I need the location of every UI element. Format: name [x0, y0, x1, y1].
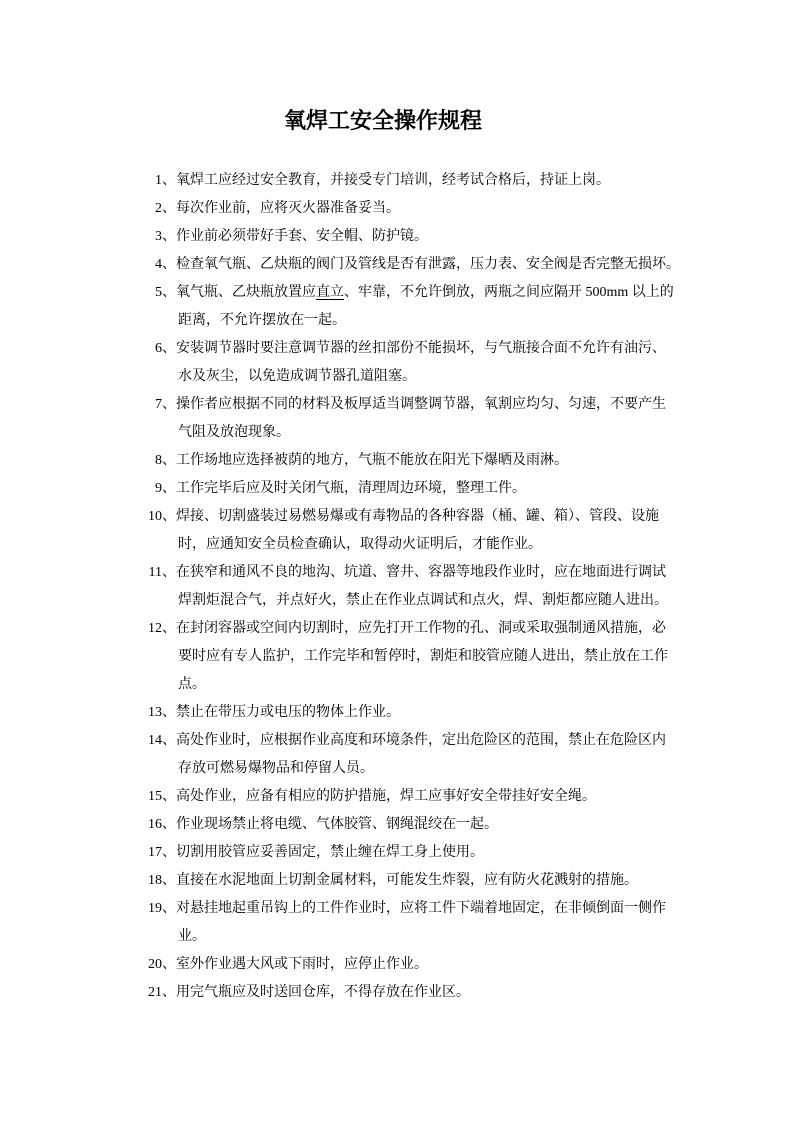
rule-line: 11、在狭窄和通风不良的地沟、坑道、窨井、容器等地段作业时，应在地面进行调试: [148, 559, 684, 587]
rule-line: 2、每次作业前，应将灭火器准备妥当。: [148, 195, 684, 223]
rule-line: 9、工作完毕后应及时关闭气瓶，清理周边环境，整理工件。: [148, 475, 684, 503]
rule-line: 21、用完气瓶应及时送回仓库，不得存放在作业区。: [148, 979, 684, 1007]
rule-number: 8、: [148, 447, 176, 475]
rule-number: 17、: [148, 839, 176, 867]
rule-line: 10、焊接、切割盛装过易燃易爆或有毒物品的各种容器（桶、罐、箱）、管段、设施: [148, 503, 684, 531]
rule-number: 7、: [148, 391, 176, 419]
rule-line: 18、直接在水泥地面上切割金属材料，可能发生炸裂，应有防火花溅射的措施。: [148, 867, 684, 895]
rule-number: 10、: [148, 503, 176, 531]
rule-number: 5、: [148, 279, 176, 307]
rule-number: 15、: [148, 783, 176, 811]
rule-line-continuation: 业。: [148, 923, 684, 951]
rule-number: 2、: [148, 195, 176, 223]
rule-number: 12、: [148, 615, 176, 643]
rule-line: 8、工作场地应选择被荫的地方，气瓶不能放在阳光下爆晒及雨淋。: [148, 447, 684, 475]
rule-line-continuation: 要时应有专人监护，工作完毕和暂停时，割炬和胶管应随人进出，禁止放在工作: [148, 643, 684, 671]
rule-line: 6、安装调节器时要注意调节器的丝扣部份不能损坏，与气瓶接合面不允许有油污、: [148, 335, 684, 363]
rule-number: 13、: [148, 699, 176, 727]
rule-line: 14、高处作业时，应根据作业高度和环境条件，定出危险区的范围，禁止在危险区内: [148, 727, 684, 755]
rule-line: 1、氧焊工应经过安全教育，并接受专门培训，经考试合格后，持证上岗。: [148, 167, 684, 195]
rule-line-continuation: 点。: [148, 671, 684, 699]
rule-number: 19、: [148, 895, 176, 923]
rule-number: 3、: [148, 223, 176, 251]
rule-line-continuation: 时，应通知安全员检查确认，取得动火证明后，才能作业。: [148, 531, 684, 559]
rule-number: 4、: [148, 251, 176, 279]
rule-line: 5、氧气瓶、乙炔瓶放置应直立、牢靠，不允许倒放，两瓶之间应隔开 500mm 以上…: [148, 279, 684, 307]
rule-line: 17、切割用胶管应妥善固定，禁止缠在焊工身上使用。: [148, 839, 684, 867]
rule-line: 20、室外作业遇大风或下雨时，应停止作业。: [148, 951, 684, 979]
rule-number: 20、: [148, 951, 176, 979]
rules-list: 1、氧焊工应经过安全教育，并接受专门培训，经考试合格后，持证上岗。2、每次作业前…: [148, 167, 684, 1007]
rule-line: 12、在封闭容器或空间内切割时，应先打开工作物的孔、洞或采取强制通风措施，必: [148, 615, 684, 643]
rule-line-continuation: 存放可燃易爆物品和停留人员。: [148, 755, 684, 783]
rule-line-continuation: 气阻及放泡现象。: [148, 419, 684, 447]
rule-number: 16、: [148, 811, 176, 839]
underlined-text: 直立: [316, 285, 344, 300]
rule-number: 21、: [148, 979, 176, 1007]
rule-number: 11、: [148, 559, 176, 587]
rule-line: 16、作业现场禁止将电缆、气体胶管、钢绳混绞在一起。: [148, 811, 684, 839]
rule-line-continuation: 焊割炬混合气，并点好火，禁止在作业点调试和点火，焊、割炬都应随人进出。: [148, 587, 684, 615]
rule-line: 7、操作者应根据不同的材料及板厚适当调整调节器，氧割应均匀、匀速，不要产生: [148, 391, 684, 419]
rule-line: 15、高处作业，应备有相应的防护措施，焊工应事好安全带挂好安全绳。: [148, 783, 684, 811]
rule-number: 9、: [148, 475, 176, 503]
rule-line: 3、作业前必须带好手套、安全帽、防护镜。: [148, 223, 684, 251]
document-page: 氧焊工安全操作规程 1、氧焊工应经过安全教育，并接受专门培训，经考试合格后，持证…: [0, 0, 793, 1122]
rule-number: 14、: [148, 727, 176, 755]
rule-line-continuation: 水及灰尘，以免造成调节器孔道阻塞。: [148, 363, 684, 391]
rule-line: 4、检查氧气瓶、乙炔瓶的阀门及管线是否有泄露，压力表、安全阀是否完整无损坏。: [148, 251, 684, 279]
rule-number: 1、: [148, 167, 176, 195]
rule-number: 18、: [148, 867, 176, 895]
rule-line: 19、对悬挂地起重吊钩上的工件作业时，应将工件下端着地固定，在非倾倒面一侧作: [148, 895, 684, 923]
rule-line: 13、禁止在带压力或电压的物体上作业。: [148, 699, 684, 727]
rule-number: 6、: [148, 335, 176, 363]
page-title: 氧焊工安全操作规程: [115, 104, 651, 138]
rule-line-continuation: 距离，不允许摆放在一起。: [148, 307, 684, 335]
